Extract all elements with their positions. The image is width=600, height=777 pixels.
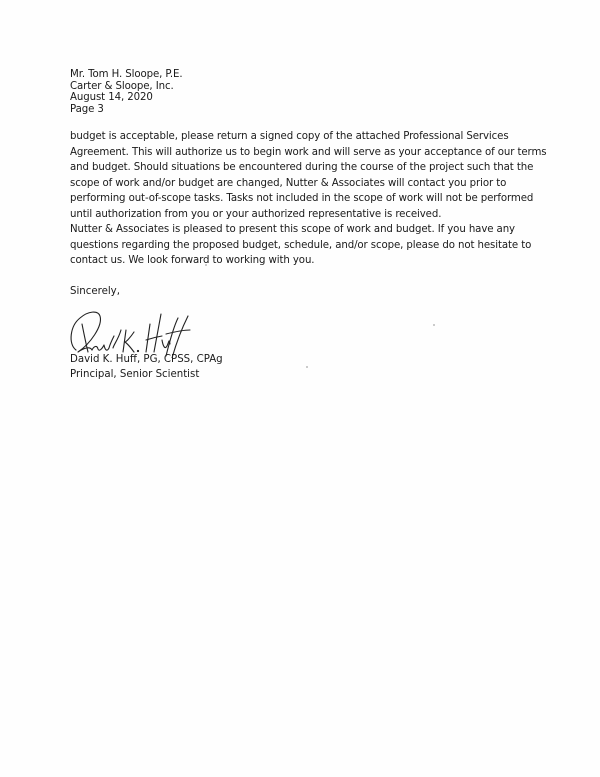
- paragraph-line: performing out-of-scope tasks. Tasks not…: [70, 191, 546, 207]
- letter-header: Mr. Tom H. Sloope, P.E. Carter & Sloope,…: [70, 69, 183, 116]
- scan-speck: [306, 366, 308, 368]
- paragraph-line: budget is acceptable, please return a si…: [70, 129, 546, 145]
- letter-page: Mr. Tom H. Sloope, P.E. Carter & Sloope,…: [0, 0, 600, 777]
- signer-block: David K. Huff, PG, CPSS, CPAg Principal,…: [70, 353, 223, 382]
- signer-title: Principal, Senior Scientist: [70, 368, 223, 383]
- handwritten-signature-icon: [66, 300, 206, 358]
- scan-speck: [205, 264, 207, 266]
- paragraph-line: until authorization from you or your aut…: [70, 207, 546, 223]
- body-paragraph-2: Nutter & Associates is pleased to presen…: [70, 222, 531, 269]
- paragraph-line: scope of work and/or budget are changed,…: [70, 176, 546, 192]
- closing-salutation: Sincerely,: [70, 285, 120, 299]
- paragraph-line: contact us. We look forward to working w…: [70, 253, 531, 269]
- paragraph-line: Nutter & Associates is pleased to presen…: [70, 222, 531, 238]
- page-number: Page 3: [70, 104, 183, 116]
- paragraph-line: questions regarding the proposed budget,…: [70, 238, 531, 254]
- signer-name: David K. Huff, PG, CPSS, CPAg: [70, 353, 223, 368]
- paragraph-line: and budget. Should situations be encount…: [70, 160, 546, 176]
- recipient-company: Carter & Sloope, Inc.: [70, 81, 183, 93]
- letter-date: August 14, 2020: [70, 92, 183, 104]
- body-paragraph-1: budget is acceptable, please return a si…: [70, 129, 546, 223]
- recipient-name: Mr. Tom H. Sloope, P.E.: [70, 69, 183, 81]
- paragraph-line: Agreement. This will authorize us to beg…: [70, 145, 546, 161]
- scan-speck: [433, 324, 435, 326]
